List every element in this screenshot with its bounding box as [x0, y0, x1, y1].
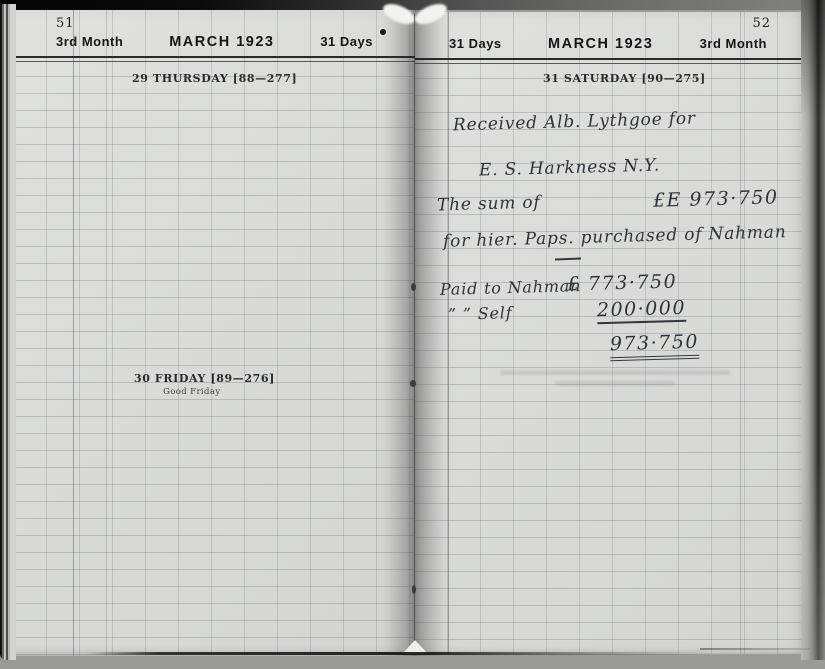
day-note-good-friday: Good Friday [163, 387, 221, 397]
diary-scan: 51 3rd Month MARCH 1923 31 Days 29 THURS… [0, 0, 825, 669]
handwriting-paid-nahman-amount: £ 773·750 [567, 270, 678, 295]
page-title: MARCH 1923 [169, 34, 274, 50]
page-number: 51 [56, 16, 75, 31]
book-top-edge [0, 0, 825, 10]
punch-hole [380, 29, 386, 35]
header-rule [14, 56, 415, 62]
header-rule [415, 58, 807, 64]
book-left-edge [0, 4, 16, 660]
page-bottom-shadow [85, 652, 705, 655]
handwriting-total-amount: 973·750 [610, 331, 700, 361]
days-label: 31 Days [320, 34, 373, 49]
handwriting-sum-amount: £E 973·750 [653, 186, 779, 211]
handwriting-paid-self-amount: 200·000 [597, 297, 687, 324]
page-title: MARCH 1923 [548, 36, 653, 52]
stitch-thread [410, 380, 416, 387]
day-heading-saturday: 31 SATURDAY [90—275] [543, 72, 706, 85]
right-page: 52 31 Days MARCH 1923 3rd Month 31 SATUR… [415, 12, 807, 654]
days-label: 31 Days [449, 36, 502, 51]
left-page: 51 3rd Month MARCH 1923 31 Days 29 THURS… [14, 10, 415, 656]
margin-line [740, 12, 741, 654]
stitch-thread [411, 283, 416, 291]
day-heading-friday: 30 FRIDAY [89—276] [134, 372, 275, 385]
show-through-smudge [500, 370, 735, 392]
month-label: 3rd Month [700, 36, 767, 51]
binding-stitch [414, 14, 415, 652]
printed-header: 31 Days MARCH 1923 3rd Month [415, 36, 807, 52]
margin-line [106, 10, 107, 656]
margin-line [448, 12, 449, 654]
month-label: 3rd Month [56, 34, 123, 49]
stitch-thread [412, 585, 416, 594]
printed-header: 3rd Month MARCH 1923 31 Days [14, 34, 415, 50]
handwriting-paid-nahman-label: Paid to Nahman [440, 276, 582, 299]
handwriting-paid-self-label: ” ” Self [448, 303, 513, 324]
margin-line [73, 10, 74, 656]
grid-horizontal-lines [14, 60, 415, 656]
page-bottom-shadow [700, 648, 810, 650]
book-right-edge [801, 0, 825, 660]
day-heading-thursday: 29 THURSDAY [88—277] [132, 72, 297, 85]
handwriting-sum-label: The sum of [437, 193, 541, 216]
page-number: 52 [752, 16, 771, 31]
